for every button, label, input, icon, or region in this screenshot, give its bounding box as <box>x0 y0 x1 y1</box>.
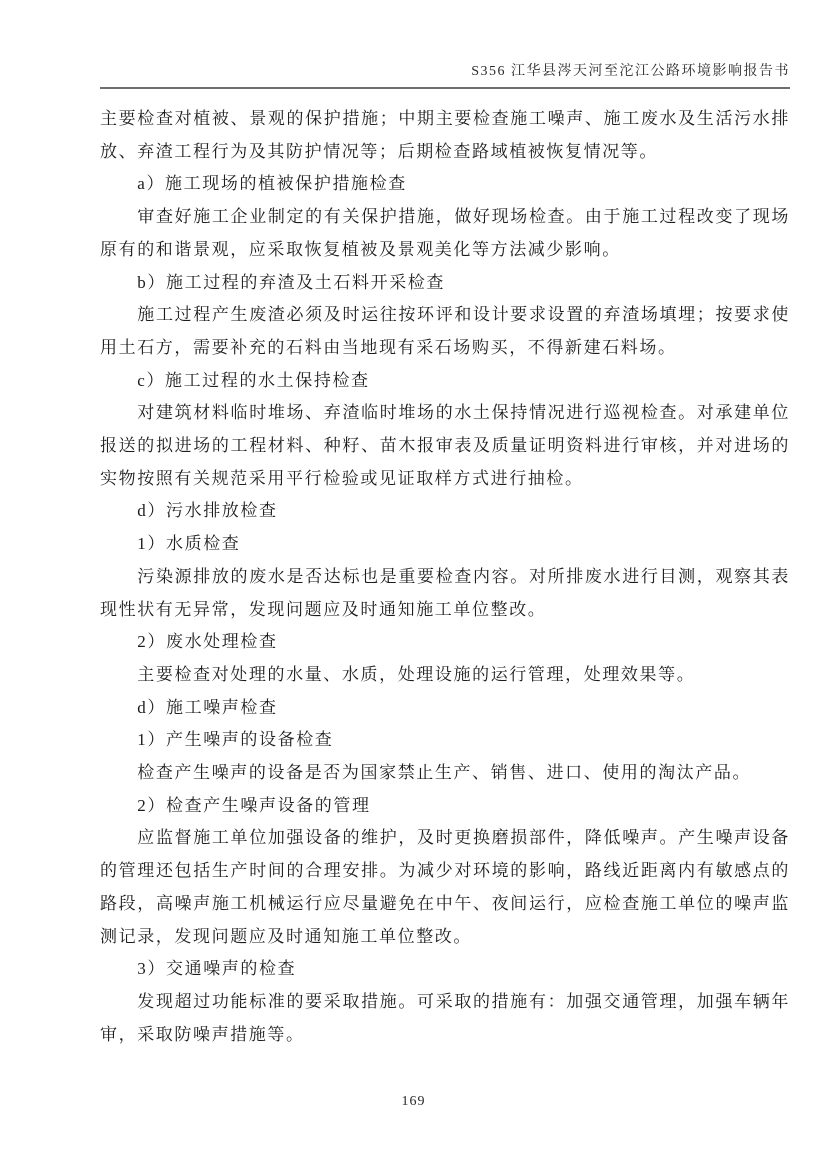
body-paragraph: 对建筑材料临时堆场、弃渣临时堆场的水土保持情况进行巡视检查。对承建单位报送的拟进… <box>100 397 790 495</box>
body-paragraph: 应监督施工单位加强设备的维护，及时更换磨损部件，降低噪声。产生噪声设备的管理还包… <box>100 822 790 953</box>
header-rule <box>100 87 790 89</box>
page-header: S356 江华县涔天河至沱江公路环境影响报告书 <box>100 62 790 89</box>
document-page: S356 江华县涔天河至沱江公路环境影响报告书 主要检查对植被、景观的保护措施；… <box>0 0 827 1169</box>
item-heading: a）施工现场的植被保护措施检查 <box>100 168 790 201</box>
body-paragraph: 污染源排放的废水是否达标也是重要检查内容。对所排废水进行目测，观察其表现性状有无… <box>100 561 790 626</box>
item-heading: 3）交通噪声的检查 <box>100 953 790 986</box>
item-heading: d）施工噪声检查 <box>100 692 790 725</box>
item-heading: c）施工过程的水土保持检查 <box>100 365 790 398</box>
item-heading: 2）废水处理检查 <box>100 626 790 659</box>
document-body: 主要检查对植被、景观的保护措施；中期主要检查施工噪声、施工废水及生活污水排放、弃… <box>100 103 790 1051</box>
body-paragraph: 发现超过功能标准的要采取措施。可采取的措施有：加强交通管理，加强车辆年审，采取防… <box>100 986 790 1051</box>
item-heading: 1）水质检查 <box>100 528 790 561</box>
item-heading: 1）产生噪声的设备检查 <box>100 724 790 757</box>
body-paragraph: 审查好施工企业制定的有关保护措施，做好现场检查。由于施工过程改变了现场原有的和谐… <box>100 201 790 266</box>
item-heading: b）施工过程的弃渣及土石料开采检查 <box>100 267 790 300</box>
body-paragraph: 施工过程产生废渣必须及时运往按环评和设计要求设置的弃渣场填埋；按要求使用土石方，… <box>100 299 790 364</box>
page-number: 169 <box>402 1094 426 1109</box>
body-paragraph: 主要检查对植被、景观的保护措施；中期主要检查施工噪声、施工废水及生活污水排放、弃… <box>100 103 790 168</box>
item-heading: 2）检查产生噪声设备的管理 <box>100 790 790 823</box>
body-paragraph: 检查产生噪声的设备是否为国家禁止生产、销售、进口、使用的淘汰产品。 <box>100 757 790 790</box>
item-heading: d）污水排放检查 <box>100 495 790 528</box>
body-paragraph: 主要检查对处理的水量、水质，处理设施的运行管理，处理效果等。 <box>100 659 790 692</box>
header-title: S356 江华县涔天河至沱江公路环境影响报告书 <box>100 62 790 87</box>
page-footer: 169 <box>0 1092 827 1110</box>
